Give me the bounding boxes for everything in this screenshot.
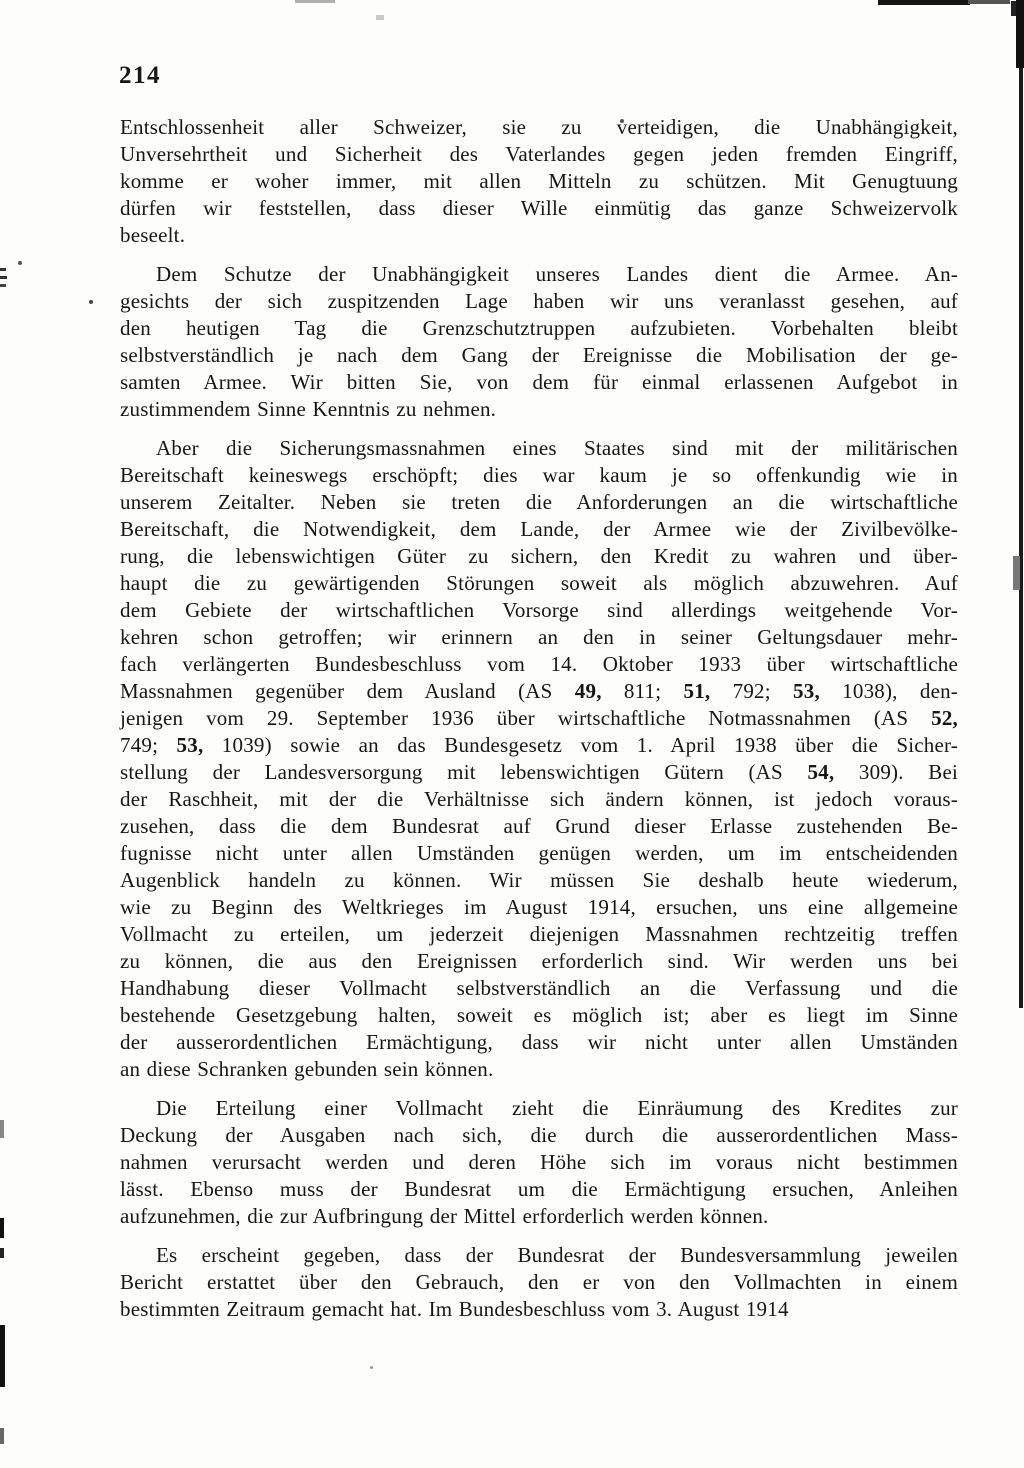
text-segment: lässt. Ebenso muss der Bundesrat um die …: [120, 1177, 958, 1201]
text-line: Dem Schutze der Unabhängigkeit unseres L…: [120, 261, 958, 288]
scan-artifact: [376, 15, 384, 20]
text-line: Es erscheint gegeben, dass der Bundesrat…: [120, 1242, 958, 1269]
scan-artifact: [0, 276, 7, 279]
text-line: Aber die Sicherungsmassnahmen eines Staa…: [120, 435, 958, 462]
scan-artifact: [1019, 68, 1023, 1008]
text-line: zustimmendem Sinne Kenntnis zu nehmen.: [120, 396, 958, 423]
text-segment: komme er woher immer, mit allen Mitteln …: [120, 169, 958, 193]
scan-artifact: [0, 1248, 4, 1258]
text-segment: jenigen vom 29. September 1936 über wirt…: [120, 706, 931, 730]
text-line: Bericht erstattet über den Gebrauch, den…: [120, 1269, 958, 1296]
paragraph: Dem Schutze der Unabhängigkeit unseres L…: [120, 261, 958, 423]
scan-artifact: [370, 1366, 373, 1369]
text-line: Vollmacht zu erteilen, um jederzeit diej…: [120, 921, 958, 948]
text-segment: gesichts der sich zuspitzenden Lage habe…: [120, 289, 958, 313]
text-segment: dem Gebiete der wirtschaftlichen Vorsorg…: [120, 598, 958, 622]
text-segment: Es erscheint gegeben, dass der Bundesrat…: [156, 1243, 958, 1267]
paragraph: Die Erteilung einer Vollmacht zieht die …: [120, 1095, 958, 1230]
bold-text-segment: 51,: [684, 679, 711, 703]
text-segment: Bereitschaft, die Notwendigkeit, dem Lan…: [120, 517, 958, 541]
text-segment: 309). Bei: [834, 760, 958, 784]
scan-artifact: [1013, 556, 1020, 590]
text-line: haupt die zu gewärtigenden Störungen sow…: [120, 570, 958, 597]
bold-text-segment: 52,: [931, 706, 958, 730]
text-segment: Deckung der Ausgaben nach sich, die durc…: [120, 1123, 958, 1147]
text-segment: Bericht erstattet über den Gebrauch, den…: [120, 1270, 958, 1294]
text-line: dürfen wir feststellen, dass dieser Will…: [120, 195, 958, 222]
text-line: gesichts der sich zuspitzenden Lage habe…: [120, 288, 958, 315]
text-segment: 811;: [602, 679, 684, 703]
scan-artifact: [878, 0, 970, 5]
text-line: unserem Zeitalter. Neben sie treten die …: [120, 489, 958, 516]
text-line: Unversehrtheit und Sicherheit des Vaterl…: [120, 141, 958, 168]
text-segment: rung, die lebenswichtigen Güter zu siche…: [120, 544, 958, 568]
text-segment: Augenblick handeln zu können. Wir müssen…: [120, 868, 958, 892]
scan-artifact: [0, 1120, 4, 1138]
scan-artifact: [89, 300, 93, 304]
text-segment: den heutigen Tag die Grenzschutztruppen …: [120, 316, 958, 340]
text-line: fugnisse nicht unter allen Umständen gen…: [120, 840, 958, 867]
text-segment: Die Erteilung einer Vollmacht zieht die …: [156, 1096, 958, 1120]
bold-text-segment: 53,: [177, 733, 204, 757]
text-line: der ausserordentlichen Ermächtigung, das…: [120, 1029, 958, 1056]
text-segment: bestimmten Zeitraum gemacht hat. Im Bund…: [120, 1297, 789, 1321]
text-line: Handhabung dieser Vollmacht selbstverstä…: [120, 975, 958, 1002]
scan-artifact: [0, 1428, 4, 1444]
paragraph: Aber die Sicherungsmassnahmen eines Staa…: [120, 435, 958, 1083]
text-segment: Massnahmen gegenüber dem Ausland (AS: [120, 679, 575, 703]
text-line: bestehende Gesetzgebung halten, soweit e…: [120, 1002, 958, 1029]
page-number: 214: [119, 62, 161, 90]
text-segment: nahmen verursacht werden und deren Höhe …: [120, 1150, 958, 1174]
document-page: 214 Entschlossenheit aller Schweizer, si…: [0, 0, 1024, 1468]
scan-artifact: [1016, 0, 1024, 68]
text-line: Bereitschaft, die Notwendigkeit, dem Lan…: [120, 516, 958, 543]
text-segment: Unversehrtheit und Sicherheit des Vaterl…: [120, 142, 958, 166]
scan-artifact: [18, 261, 22, 265]
text-line: komme er woher immer, mit allen Mitteln …: [120, 168, 958, 195]
text-line: dem Gebiete der wirtschaftlichen Vorsorg…: [120, 597, 958, 624]
scan-artifact: [968, 0, 1010, 4]
text-line: wie zu Beginn des Weltkrieges im August …: [120, 894, 958, 921]
text-line: beseelt.: [120, 222, 958, 249]
text-segment: an diese Schranken gebunden sein können.: [120, 1057, 493, 1081]
text-segment: 749;: [120, 733, 177, 757]
text-segment: Entschlossenheit aller Schweizer, sie zu…: [120, 115, 958, 139]
text-line: bestimmten Zeitraum gemacht hat. Im Bund…: [120, 1296, 958, 1323]
text-segment: kehren schon getroffen; wir erinnern an …: [120, 625, 958, 649]
text-segment: Aber die Sicherungsmassnahmen eines Staa…: [156, 436, 958, 460]
text-segment: samten Armee. Wir bitten Sie, von dem fü…: [120, 370, 958, 394]
text-segment: fugnisse nicht unter allen Umständen gen…: [120, 841, 958, 865]
text-segment: der Raschheit, mit der die Verhältnisse …: [120, 787, 958, 811]
text-line: fach verlängerten Bundesbeschluss vom 14…: [120, 651, 958, 678]
text-line: der Raschheit, mit der die Verhältnisse …: [120, 786, 958, 813]
scan-artifact: [0, 1325, 5, 1387]
text-segment: unserem Zeitalter. Neben sie treten die …: [120, 490, 958, 514]
text-segment: bestehende Gesetzgebung halten, soweit e…: [120, 1003, 958, 1027]
body-text: Entschlossenheit aller Schweizer, sie zu…: [120, 114, 958, 1323]
text-line: stellung der Landesversorgung mit lebens…: [120, 759, 958, 786]
text-segment: Vollmacht zu erteilen, um jederzeit diej…: [120, 922, 958, 946]
text-segment: dürfen wir feststellen, dass dieser Will…: [120, 196, 958, 220]
text-segment: zusehen, dass die dem Bundesrat auf Grun…: [120, 814, 958, 838]
bold-text-segment: 54,: [807, 760, 834, 784]
text-line: zu können, die aus den Ereignissen erfor…: [120, 948, 958, 975]
paragraph: Entschlossenheit aller Schweizer, sie zu…: [120, 114, 958, 249]
text-line: an diese Schranken gebunden sein können.: [120, 1056, 958, 1083]
text-segment: haupt die zu gewärtigenden Störungen sow…: [120, 571, 958, 595]
text-line: aufzunehmen, die zur Aufbringung der Mit…: [120, 1203, 958, 1230]
text-line: 749; 53, 1039) sowie an das Bundesgesetz…: [120, 732, 958, 759]
text-line: jenigen vom 29. September 1936 über wirt…: [120, 705, 958, 732]
text-segment: beseelt.: [120, 223, 185, 247]
text-line: den heutigen Tag die Grenzschutztruppen …: [120, 315, 958, 342]
text-segment: fach verlängerten Bundesbeschluss vom 14…: [120, 652, 958, 676]
text-line: nahmen verursacht werden und deren Höhe …: [120, 1149, 958, 1176]
text-line: Deckung der Ausgaben nach sich, die durc…: [120, 1122, 958, 1149]
paragraph: Es erscheint gegeben, dass der Bundesrat…: [120, 1242, 958, 1323]
bold-text-segment: 49,: [575, 679, 602, 703]
text-segment: Dem Schutze der Unabhängigkeit unseres L…: [156, 262, 958, 286]
text-segment: 792;: [710, 679, 793, 703]
text-segment: selbstverständlich je nach dem Gang der …: [120, 343, 958, 367]
text-line: Entschlossenheit aller Schweizer, sie zu…: [120, 114, 958, 141]
text-segment: stellung der Landesversorgung mit lebens…: [120, 760, 807, 784]
text-line: lässt. Ebenso muss der Bundesrat um die …: [120, 1176, 958, 1203]
text-line: Bereitschaft keineswegs erschöpft; dies …: [120, 462, 958, 489]
text-segment: zustimmendem Sinne Kenntnis zu nehmen.: [120, 397, 496, 421]
text-segment: 1038), den-: [820, 679, 958, 703]
scan-artifact: [295, 0, 335, 3]
text-segment: wie zu Beginn des Weltkrieges im August …: [120, 895, 958, 919]
text-line: Die Erteilung einer Vollmacht zieht die …: [120, 1095, 958, 1122]
text-segment: zu können, die aus den Ereignissen erfor…: [120, 949, 958, 973]
text-line: kehren schon getroffen; wir erinnern an …: [120, 624, 958, 651]
text-line: Massnahmen gegenüber dem Ausland (AS 49,…: [120, 678, 958, 705]
text-segment: Handhabung dieser Vollmacht selbstverstä…: [120, 976, 958, 1000]
bold-text-segment: 53,: [793, 679, 820, 703]
text-line: rung, die lebenswichtigen Güter zu siche…: [120, 543, 958, 570]
text-segment: 1039) sowie an das Bundesgesetz vom 1. A…: [203, 733, 958, 757]
scan-artifact: [0, 268, 6, 271]
text-line: zusehen, dass die dem Bundesrat auf Grun…: [120, 813, 958, 840]
text-line: Augenblick handeln zu können. Wir müssen…: [120, 867, 958, 894]
text-segment: der ausserordentlichen Ermächtigung, das…: [120, 1030, 958, 1054]
text-line: samten Armee. Wir bitten Sie, von dem fü…: [120, 369, 958, 396]
scan-artifact: [0, 1218, 4, 1238]
scan-artifact: [0, 284, 6, 287]
text-line: selbstverständlich je nach dem Gang der …: [120, 342, 958, 369]
text-segment: aufzunehmen, die zur Aufbringung der Mit…: [120, 1204, 768, 1228]
text-segment: Bereitschaft keineswegs erschöpft; dies …: [120, 463, 958, 487]
